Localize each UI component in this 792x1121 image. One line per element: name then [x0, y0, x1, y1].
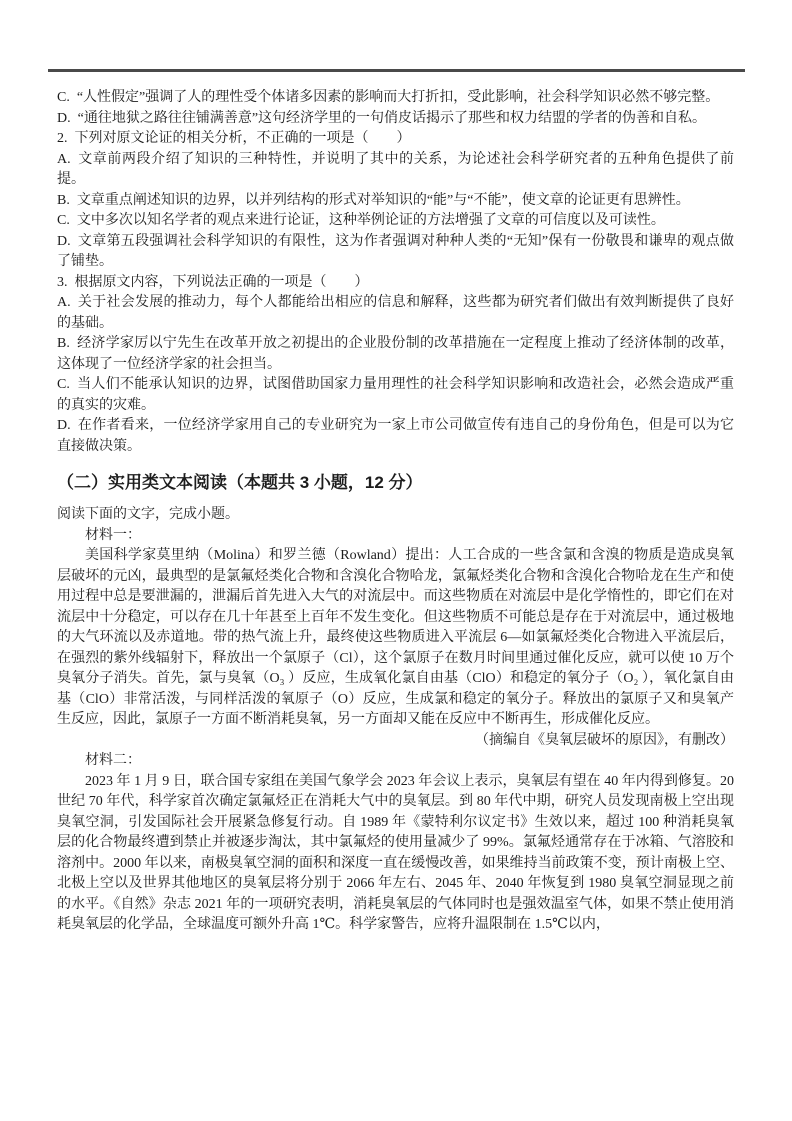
- reading-instruction: 阅读下面的文字，完成小题。: [57, 505, 734, 526]
- material1-label: 材料一：: [57, 526, 734, 547]
- question-stem-text: 根据原文内容，下列说法正确的一项是（ ）: [75, 275, 369, 290]
- question3-option-b: B.经济学家厉以宁先生在改革开放之初提出的企业股份制的改革措施在一定程度上推动了…: [57, 334, 734, 375]
- section-heading: （二）实用类文本阅读（本题共 3 小题，12 分）: [57, 471, 734, 495]
- option-label: D.: [57, 418, 71, 433]
- question2-option-a: A.文章前两段介绍了知识的三种特性，并说明了其中的关系，为论述社会科学研究者的五…: [57, 150, 734, 191]
- question-stem-text: 下列对原文论证的相关分析，不正确的一项是（ ）: [75, 131, 411, 146]
- material1-citation: （摘编自《臭氧层破坏的原因》，有删改）: [57, 731, 734, 752]
- option-text: 文章前两段介绍了知识的三种特性，并说明了其中的关系，为论述社会科学研究者的五种角…: [57, 152, 734, 188]
- option-label: C.: [57, 213, 70, 228]
- option-label: B.: [57, 193, 70, 208]
- option-text: “人性假定”强调了人的理性受个体诸多因素的影响而大打折扣，受此影响，社会科学知识…: [77, 90, 719, 105]
- question3-stem: 3.根据原文内容，下列说法正确的一项是（ ）: [57, 273, 734, 294]
- question3-option-d: D.在作者看来，一位经济学家用自己的专业研究为一家上市公司做宣传有违自己的身份角…: [57, 416, 734, 457]
- option-text: 当人们不能承认知识的边界，试图借助国家力量用理性的社会科学知识影响和改造社会，必…: [57, 377, 734, 413]
- option-text: 文章重点阐述知识的边界，以并列结构的形式对举知识的“能”与“不能”，使文章的论证…: [77, 193, 690, 208]
- option-label: A.: [57, 295, 71, 310]
- option-label: D.: [57, 111, 71, 126]
- option-text: 关于社会发展的推动力，每个人都能给出相应的信息和解释，这些都为研究者们做出有效判…: [57, 295, 734, 331]
- option-text: 文中多次以知名学者的观点来进行论证，这种举例论证的方法增强了文章的可信度以及可读…: [77, 213, 665, 228]
- question3-option-a: A.关于社会发展的推动力，每个人都能给出相应的信息和解释，这些都为研究者们做出有…: [57, 293, 734, 334]
- question3-option-c: C.当人们不能承认知识的边界，试图借助国家力量用理性的社会科学知识影响和改造社会…: [57, 375, 734, 416]
- option-text: 在作者看来，一位经济学家用自己的专业研究为一家上市公司做宣传有违自己的身份角色，…: [57, 418, 734, 454]
- option-label: C.: [57, 90, 70, 105]
- question-number: 2.: [57, 131, 68, 146]
- question1-option-d: D.“通往地狱之路往往铺满善意”这句经济学里的一句俏皮话揭示了那些和权力结盟的学…: [57, 109, 734, 130]
- option-label: A.: [57, 152, 71, 167]
- option-text: “通往地狱之路往往铺满善意”这句经济学里的一句俏皮话揭示了那些和权力结盟的学者的…: [78, 111, 706, 126]
- question-number: 3.: [57, 275, 68, 290]
- option-label: D.: [57, 234, 71, 249]
- option-text: 文章第五段强调社会科学知识的有限性，这为作者强调对种种人类的“无知”保有一份敬畏…: [57, 234, 734, 270]
- question2-option-b: B.文章重点阐述知识的边界，以并列结构的形式对举知识的“能”与“不能”，使文章的…: [57, 191, 734, 212]
- material1-paragraph: 美国科学家莫里纳（Molina）和罗兰德（Rowland）提出：人工合成的一些含…: [57, 546, 734, 731]
- option-label: B.: [57, 336, 70, 351]
- question2-option-d: D.文章第五段强调社会科学知识的有限性，这为作者强调对种种人类的“无知”保有一份…: [57, 232, 734, 273]
- exam-document-page: C.“人性假定”强调了人的理性受个体诸多因素的影响而大打折扣，受此影响，社会科学…: [0, 0, 792, 1121]
- question1-option-c: C.“人性假定”强调了人的理性受个体诸多因素的影响而大打折扣，受此影响，社会科学…: [57, 88, 734, 109]
- question2-stem: 2.下列对原文论证的相关分析，不正确的一项是（ ）: [57, 129, 734, 150]
- document-content: C.“人性假定”强调了人的理性受个体诸多因素的影响而大打折扣，受此影响，社会科学…: [57, 88, 734, 936]
- page-divider-rule: [48, 69, 745, 72]
- option-text: 经济学家厉以宁先生在改革开放之初提出的企业股份制的改革措施在一定程度上推动了经济…: [57, 336, 734, 372]
- option-label: C.: [57, 377, 70, 392]
- material2-paragraph: 2023 年 1 月 9 日，联合国专家组在美国气象学会 2023 年会议上表示…: [57, 772, 734, 936]
- material2-label: 材料二：: [57, 751, 734, 772]
- question2-option-c: C.文中多次以知名学者的观点来进行论证，这种举例论证的方法增强了文章的可信度以及…: [57, 211, 734, 232]
